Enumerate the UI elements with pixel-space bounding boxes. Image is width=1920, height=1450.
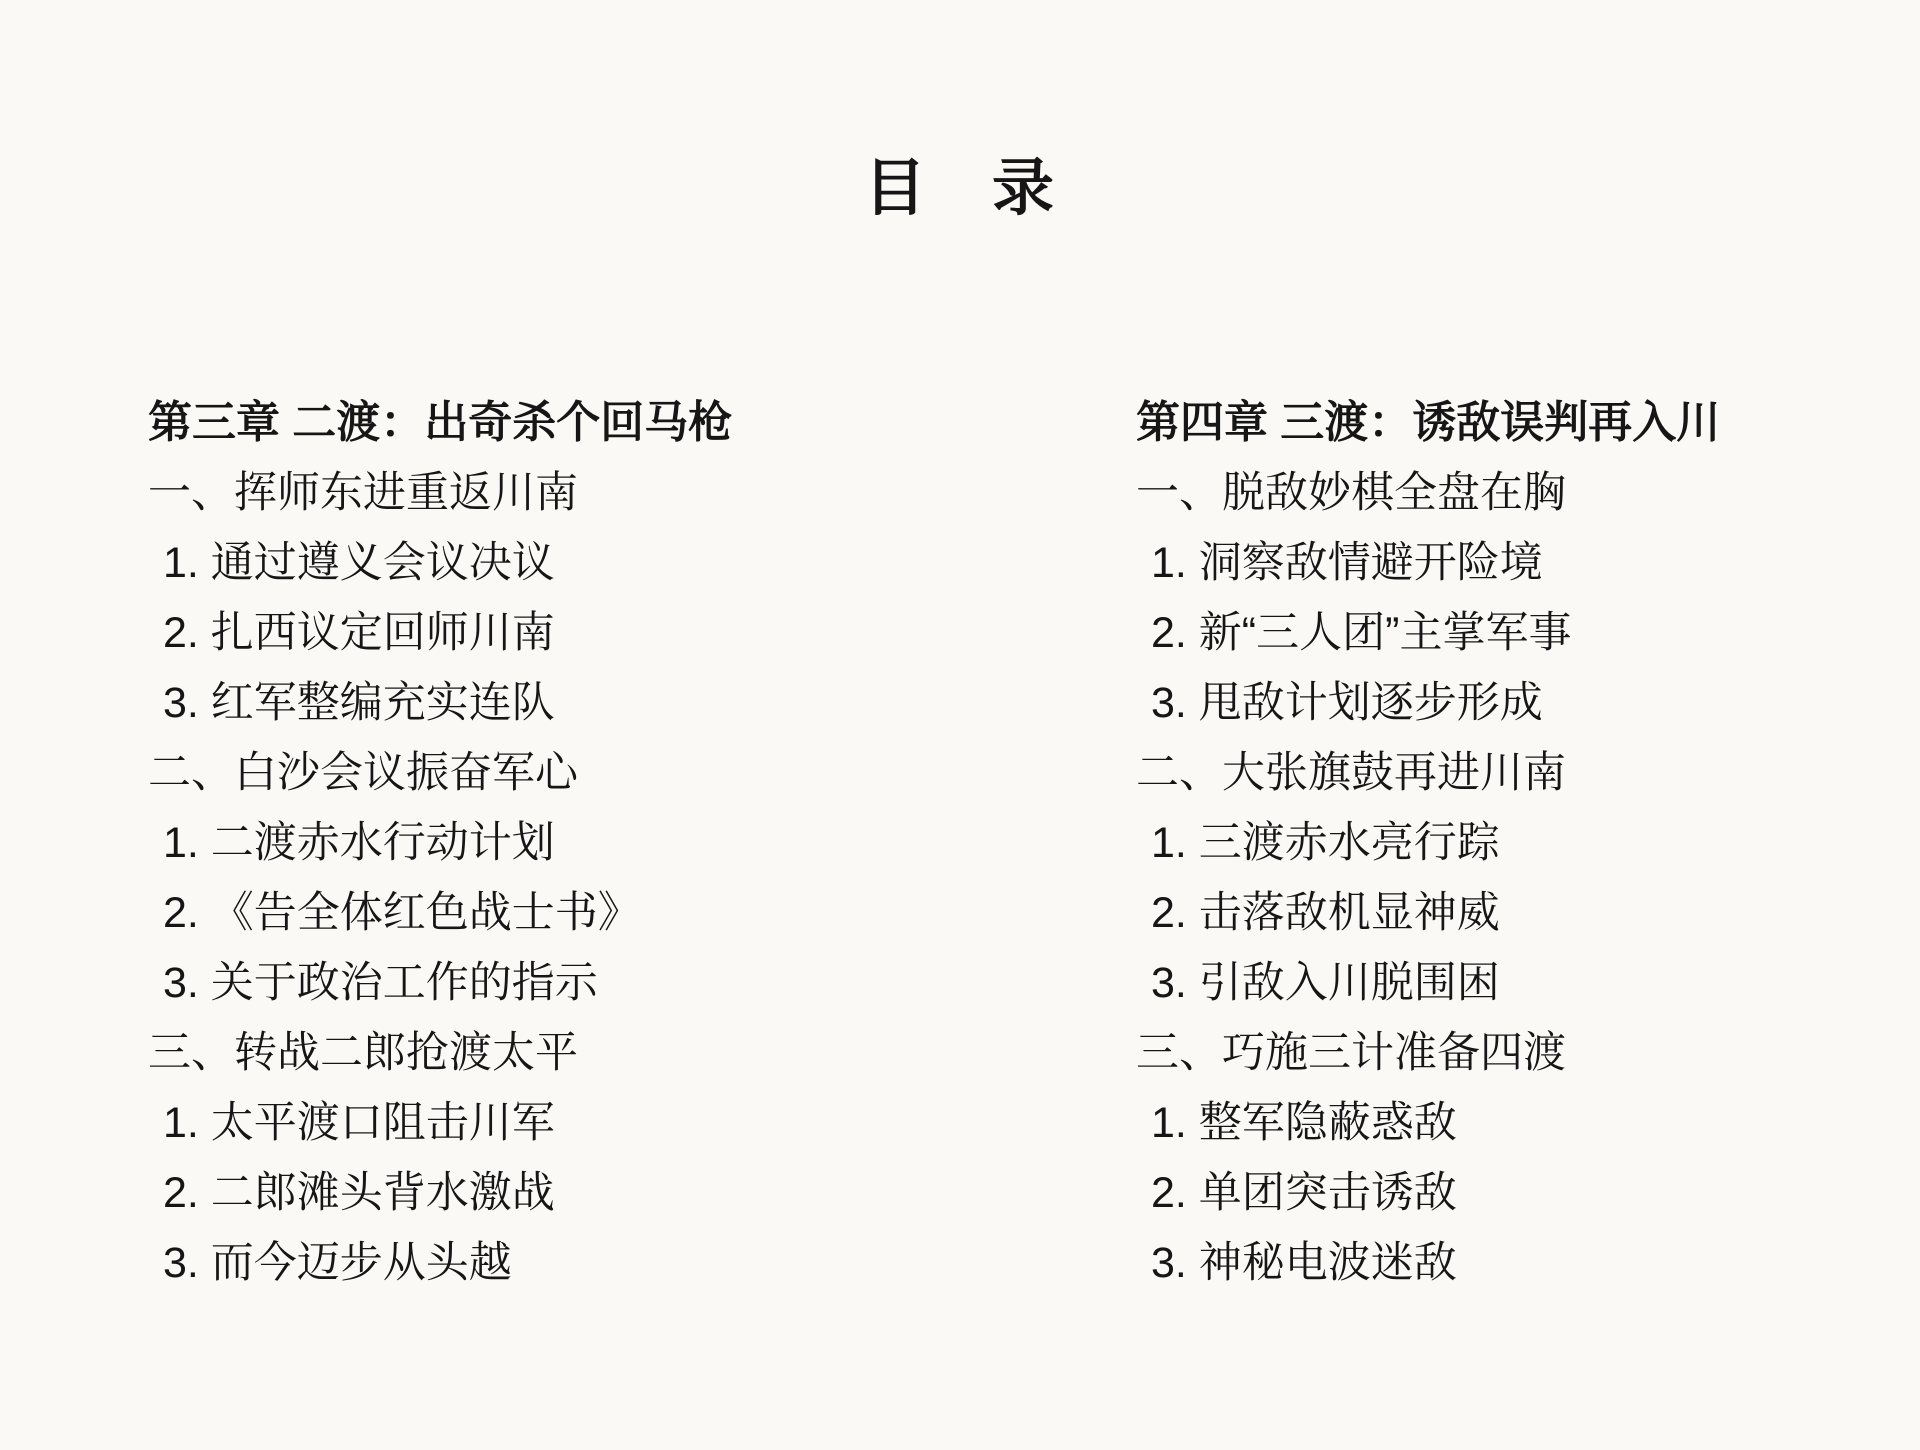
toc-item: 3. 关于政治工作的指示: [148, 948, 732, 1018]
toc-item: 2. 二郎滩头背水激战: [148, 1158, 732, 1228]
toc-column-right: 第四章 三渡：诱敌误判再入川 一、脱敌妙棋全盘在胸 1. 洞察敌情避开险境 2.…: [1136, 388, 1720, 1298]
toc-page: 目 录 第三章 二渡：出奇杀个回马枪 一、挥师东进重返川南 1. 通过遵义会议决…: [0, 0, 1920, 1450]
chapter-heading: 第四章 三渡：诱敌误判再入川: [1136, 388, 1720, 458]
toc-item: 1. 洞察敌情避开险境: [1136, 528, 1720, 598]
toc-item: 3. 红军整编充实连队: [148, 668, 732, 738]
section-heading: 一、脱敌妙棋全盘在胸: [1136, 458, 1720, 528]
section-heading: 一、挥师东进重返川南: [148, 458, 732, 528]
section-heading: 三、巧施三计准备四渡: [1136, 1018, 1720, 1088]
section-heading: 二、大张旗鼓再进川南: [1136, 738, 1720, 808]
section-heading: 二、白沙会议振奋军心: [148, 738, 732, 808]
toc-item: 2. 扎西议定回师川南: [148, 598, 732, 668]
toc-item: 3. 甩敌计划逐步形成: [1136, 668, 1720, 738]
toc-column-left: 第三章 二渡：出奇杀个回马枪 一、挥师东进重返川南 1. 通过遵义会议决议 2.…: [148, 388, 732, 1298]
toc-item: 3. 而今迈步从头越: [148, 1228, 732, 1298]
toc-item: 2. 击落敌机显神威: [1136, 878, 1720, 948]
toc-item: 1. 太平渡口阻击川军: [148, 1088, 732, 1158]
toc-item: 1. 三渡赤水亮行踪: [1136, 808, 1720, 878]
page-title: 目 录: [0, 148, 1920, 230]
toc-item: 2. 《告全体红色战士书》: [148, 878, 732, 948]
toc-item: 1. 二渡赤水行动计划: [148, 808, 732, 878]
toc-item: 3. 神秘电波迷敌: [1136, 1228, 1720, 1298]
toc-item: 1. 通过遵义会议决议: [148, 528, 732, 598]
toc-item: 2. 单团突击诱敌: [1136, 1158, 1720, 1228]
toc-item: 1. 整军隐蔽惑敌: [1136, 1088, 1720, 1158]
chapter-heading: 第三章 二渡：出奇杀个回马枪: [148, 388, 732, 458]
toc-item: 3. 引敌入川脱围困: [1136, 948, 1720, 1018]
toc-item: 2. 新“三人团”主掌军事: [1136, 598, 1720, 668]
section-heading: 三、转战二郎抢渡太平: [148, 1018, 732, 1088]
